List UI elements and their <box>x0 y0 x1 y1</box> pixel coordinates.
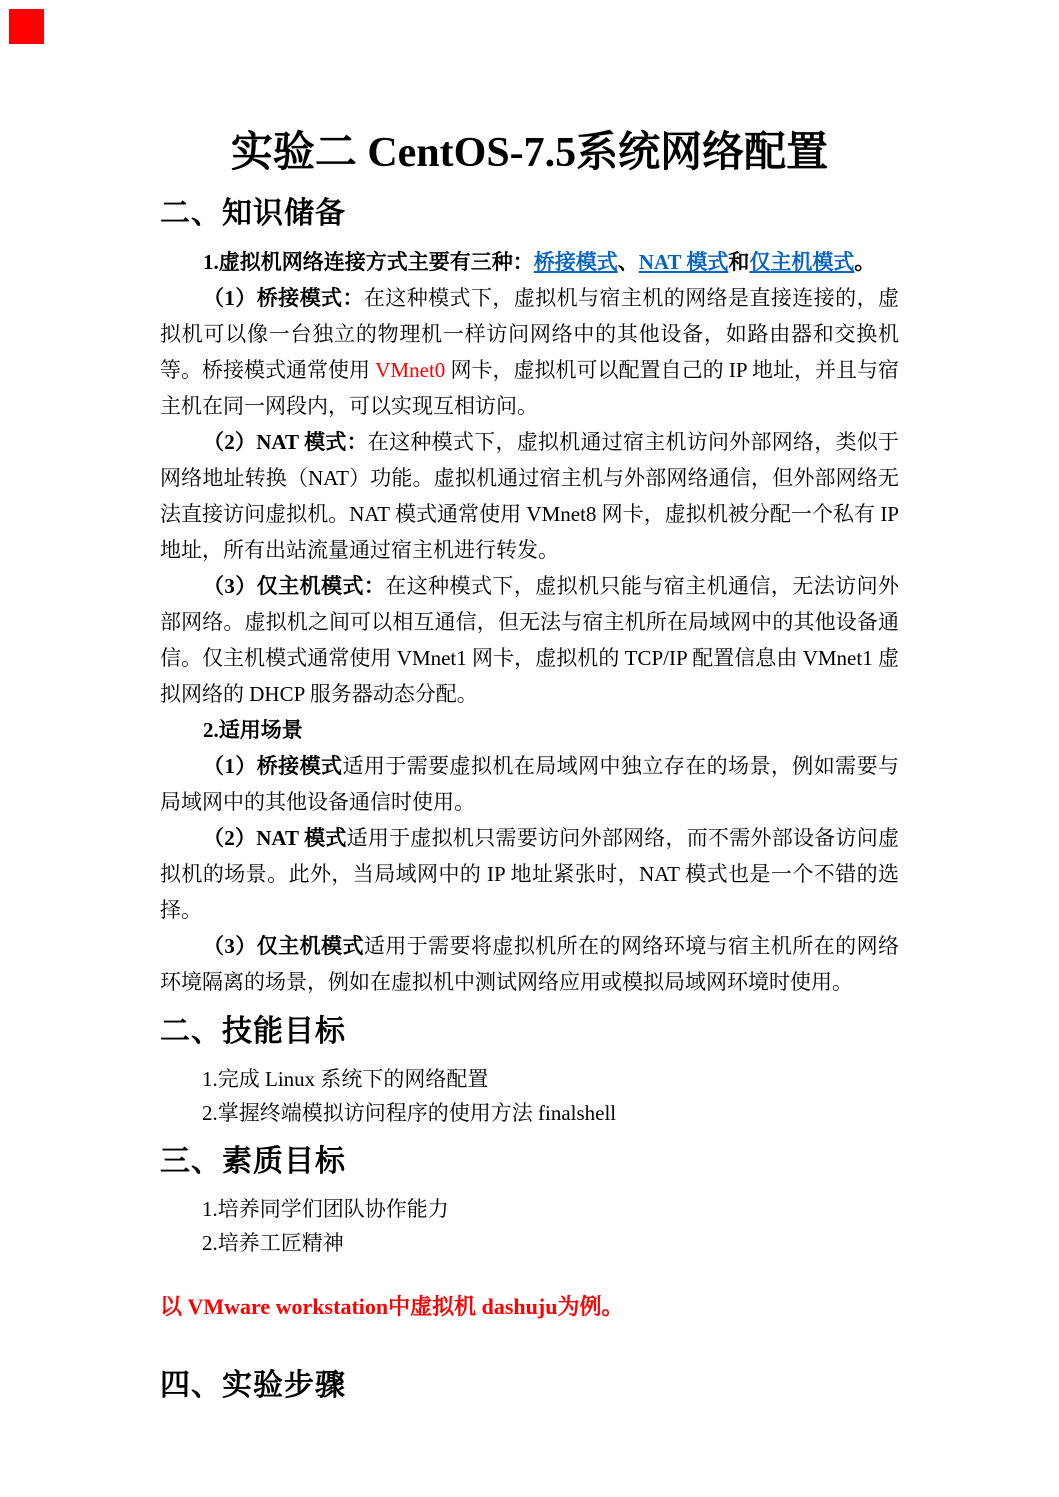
link-bridge-mode[interactable]: 桥接模式 <box>534 250 618 274</box>
skill-goal-list: 1.完成 Linux 系统下的网络配置 2.掌握终端模拟访问程序的使用方法 fi… <box>160 1062 899 1130</box>
nat-mode-lead: （2）NAT 模式： <box>203 430 368 454</box>
document-title: 实验二 CentOS-7.5系统网络配置 <box>160 126 899 180</box>
quality-goal-list: 1.培养同学们团队协作能力 2.培养工匠精神 <box>160 1192 899 1260</box>
vmnet0-highlight: VMnet0 <box>375 358 445 382</box>
scenario-bridge-lead: （1）桥接模式 <box>203 754 342 778</box>
corner-marker <box>9 9 44 44</box>
paragraph-nat-mode: （2）NAT 模式：在这种模式下，虚拟机通过宿主机访问外部网络，类似于网络地址转… <box>160 424 899 568</box>
hostonly-mode-lead: （3）仅主机模式： <box>203 574 385 598</box>
quality-goal-item-2: 2.培养工匠精神 <box>202 1226 899 1260</box>
heading-knowledge: 二、知识储备 <box>160 196 899 232</box>
paragraph-hostonly-mode: （3）仅主机模式：在这种模式下，虚拟机只能与宿主机通信，无法访问外部网络。虚拟机… <box>160 568 899 712</box>
document-page: 实验二 CentOS-7.5系统网络配置 二、知识储备 1.虚拟机网络连接方式主… <box>0 0 1059 1404</box>
paragraph-scenario-nat: （2）NAT 模式适用于虚拟机只需要访问外部网络，而不需外部设备访问虚拟机的场景… <box>160 820 899 928</box>
paragraph-scenario-hostonly: （3）仅主机模式适用于需要将虚拟机所在的网络环境与宿主机所在的网络环境隔离的场景… <box>160 928 899 1000</box>
paragraph-bridge-mode: （1）桥接模式：在这种模式下，虚拟机与宿主机的网络是直接连接的，虚拟机可以像一台… <box>160 280 899 424</box>
heading-quality-goals: 三、素质目标 <box>160 1144 899 1180</box>
link-hostonly-mode[interactable]: 仅主机模式 <box>749 250 854 274</box>
scenario-hostonly-lead: （3）仅主机模式 <box>203 934 364 958</box>
paragraph-network-modes-intro: 1.虚拟机网络连接方式主要有三种：桥接模式、NAT 模式和仅主机模式。 <box>160 244 899 280</box>
red-example-note: 以 VMware workstation中虚拟机 dashuju为例。 <box>160 1292 899 1322</box>
scenario-nat-lead: （2）NAT 模式 <box>203 826 347 850</box>
link-nat-mode[interactable]: NAT 模式 <box>639 250 729 274</box>
skill-goal-item-2: 2.掌握终端模拟访问程序的使用方法 finalshell <box>202 1096 899 1130</box>
intro-separator-1: 、 <box>618 250 639 274</box>
intro-separator-2: 和 <box>728 250 749 274</box>
quality-goal-item-1: 1.培养同学们团队协作能力 <box>202 1192 899 1226</box>
bridge-mode-lead: （1）桥接模式： <box>203 286 364 310</box>
subheading-scenarios: 2.适用场景 <box>160 712 899 748</box>
skill-goal-item-1: 1.完成 Linux 系统下的网络配置 <box>202 1062 899 1096</box>
heading-skill-goals: 二、技能目标 <box>160 1014 899 1050</box>
heading-experiment-steps: 四、实验步骤 <box>160 1368 899 1404</box>
intro-lead-text: 1.虚拟机网络连接方式主要有三种： <box>203 250 534 274</box>
intro-period: 。 <box>854 250 875 274</box>
paragraph-scenario-bridge: （1）桥接模式适用于需要虚拟机在局域网中独立存在的场景，例如需要与局域网中的其他… <box>160 748 899 820</box>
